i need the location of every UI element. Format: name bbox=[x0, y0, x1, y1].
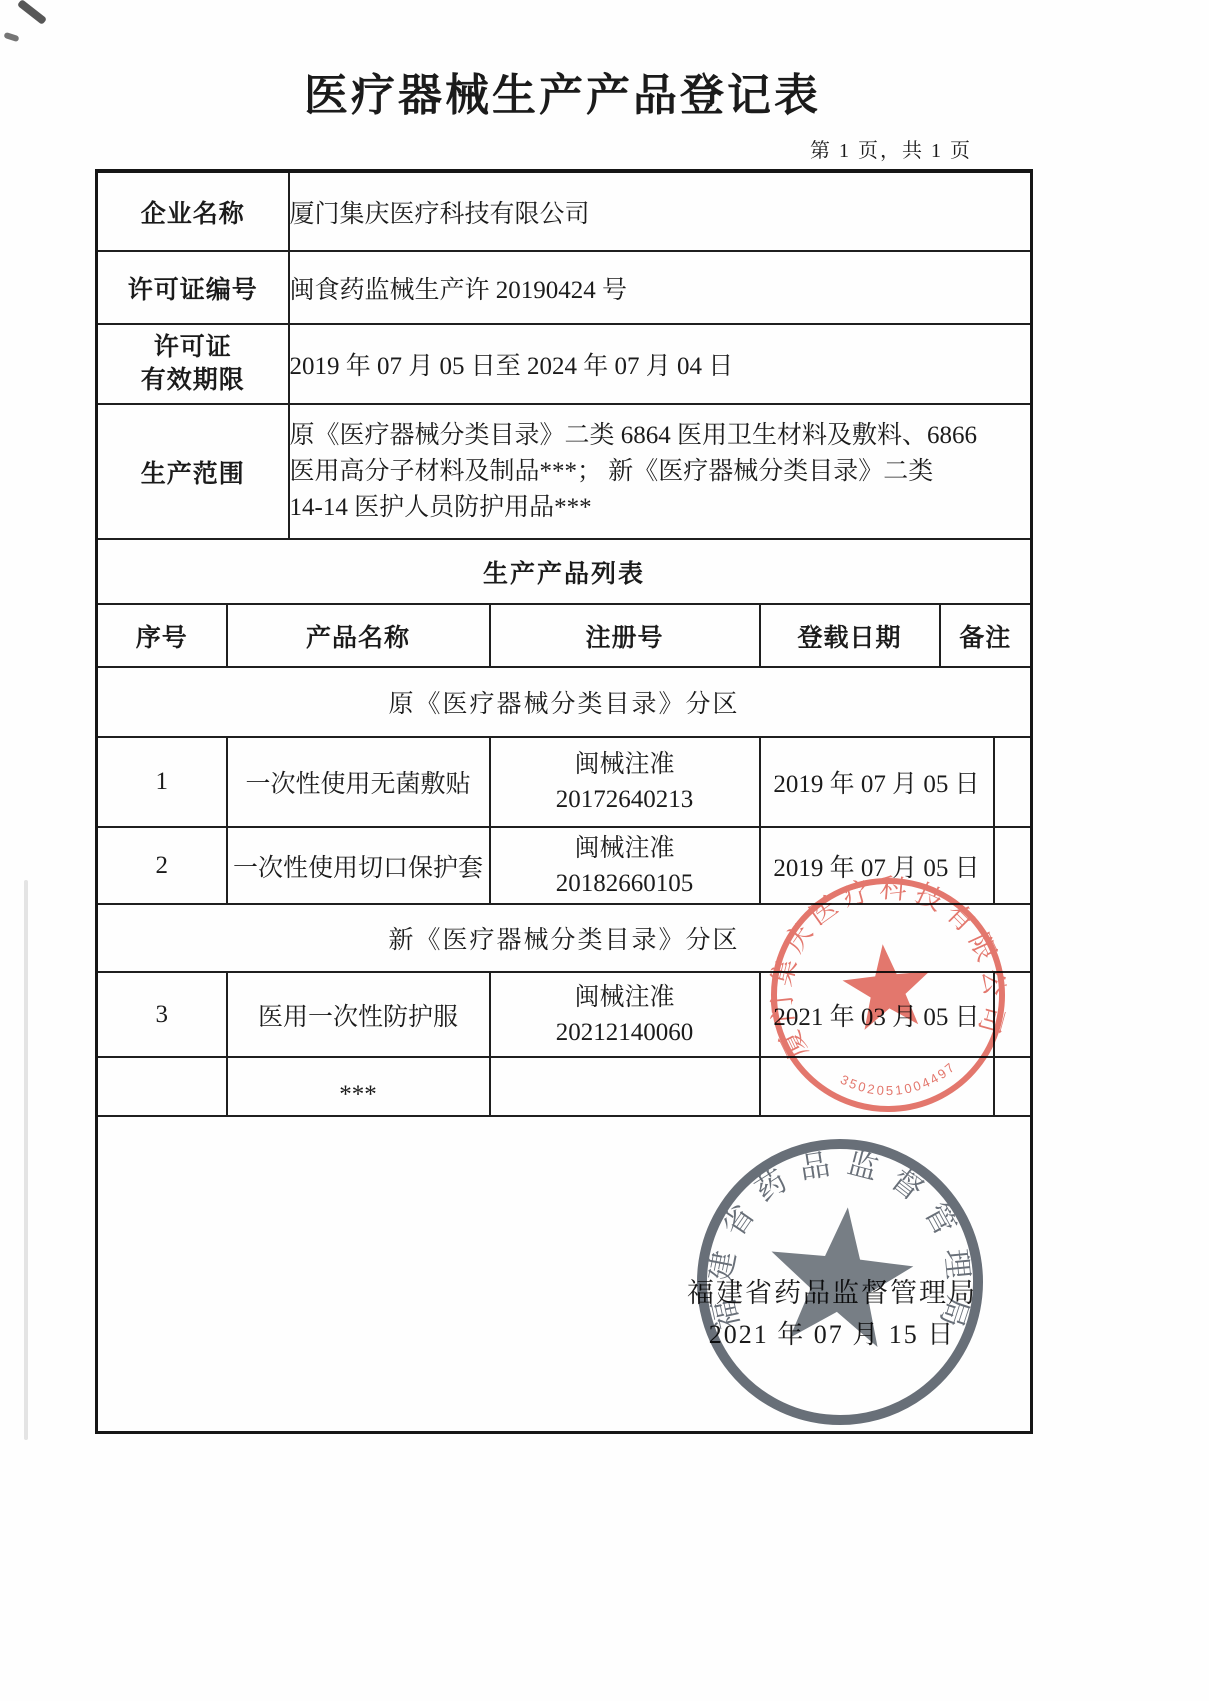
license-validity-value: 2019 年 07 月 05 日至 2024 年 07 月 04 日 bbox=[289, 324, 1032, 404]
scan-artifact bbox=[24, 880, 28, 1440]
production-scope-value: 原《医疗器械分类目录》二类 6864 医用卫生材料及敷料、6866 医用高分子材… bbox=[289, 404, 1032, 539]
company-seal-number: 35020510044971 bbox=[729, 836, 962, 1114]
header-remark: 备注 bbox=[940, 604, 1032, 667]
star-icon bbox=[839, 940, 935, 1032]
product-name: 医用一次性防护服 bbox=[227, 972, 490, 1057]
reg-number: 20212140060 bbox=[491, 1015, 759, 1050]
license-number-value: 闽食药监械生产许 20190424 号 bbox=[289, 251, 1032, 324]
page-number: 第 1 页，共 1 页 bbox=[95, 134, 1030, 163]
product-serial: 2 bbox=[97, 827, 227, 904]
table-header-row: 序号 产品名称 注册号 登载日期 备注 bbox=[97, 604, 1032, 667]
product-registration-no: 闽械注准 20172640213 bbox=[490, 737, 760, 827]
table-row: 生产范围 原《医疗器械分类目录》二类 6864 医用卫生材料及敷料、6866 医… bbox=[97, 404, 1032, 539]
table-row: 企业名称 厦门集庆医疗科技有限公司 bbox=[97, 171, 1032, 251]
product-remark bbox=[994, 737, 1032, 827]
table-row: 生产产品列表 bbox=[97, 539, 1032, 604]
product-serial: 1 bbox=[97, 737, 227, 827]
product-registration-no: 闽械注准 20212140060 bbox=[490, 972, 760, 1057]
reg-prefix: 闽械注准 bbox=[491, 980, 759, 1015]
header-registration-no: 注册号 bbox=[490, 604, 760, 667]
scope-line-2: 医用高分子材料及制品***； 新《医疗器械分类目录》二类 bbox=[290, 454, 1031, 490]
header-record-date: 登载日期 bbox=[760, 604, 940, 667]
license-number-label: 许可证编号 bbox=[97, 251, 289, 324]
document-page: 医疗器械生产产品登记表 第 1 页，共 1 页 企业名称 厦门集庆医疗科技有限公… bbox=[0, 0, 1209, 1701]
license-validity-label: 许可证 有效期限 bbox=[97, 324, 289, 404]
scope-line-3: 14-14 医护人员防护用品*** bbox=[290, 490, 1031, 526]
old-catalog-group-title: 原《医疗器械分类目录》分区 bbox=[97, 667, 1032, 737]
approval-date: 2021 年 07 月 15 日 bbox=[612, 1314, 1052, 1356]
reg-prefix: 闽械注准 bbox=[491, 747, 759, 782]
product-record-date: 2019 年 07 月 05 日 bbox=[760, 737, 994, 827]
scan-artifact bbox=[17, 0, 47, 25]
company-seal-stamp: 厦门集庆医疗科技有限公司 35020510044971 bbox=[729, 836, 1048, 1155]
product-serial: 3 bbox=[97, 972, 227, 1057]
product-row: 1 一次性使用无菌敷贴 闽械注准 20172640213 2019 年 07 月… bbox=[97, 737, 1032, 827]
license-validity-label-line2: 有效期限 bbox=[98, 364, 288, 398]
product-name: *** bbox=[227, 1057, 490, 1116]
company-name-label: 企业名称 bbox=[97, 171, 289, 251]
product-registration-no bbox=[490, 1057, 760, 1116]
reg-number: 20182660105 bbox=[491, 866, 759, 901]
svg-text:35020510044971: 35020510044971 bbox=[729, 836, 962, 1114]
reg-number: 20172640213 bbox=[491, 782, 759, 817]
company-name-value: 厦门集庆医疗科技有限公司 bbox=[289, 171, 1032, 251]
approval-signature-block: 福建省药品监督管理局 2021 年 07 月 15 日 bbox=[612, 1272, 1052, 1356]
product-name: 一次性使用切口保护套 bbox=[227, 827, 490, 904]
product-list-section-title: 生产产品列表 bbox=[97, 539, 1032, 604]
product-name: 一次性使用无菌敷贴 bbox=[227, 737, 490, 827]
header-product-name: 产品名称 bbox=[227, 604, 490, 667]
product-serial bbox=[97, 1057, 227, 1116]
reg-prefix: 闽械注准 bbox=[491, 831, 759, 866]
production-scope-label: 生产范围 bbox=[97, 404, 289, 539]
scan-artifact bbox=[3, 32, 19, 42]
scope-line-1: 原《医疗器械分类目录》二类 6864 医用卫生材料及敷料、6866 bbox=[290, 418, 1031, 454]
table-row: 许可证 有效期限 2019 年 07 月 05 日至 2024 年 07 月 0… bbox=[97, 324, 1032, 404]
page-title: 医疗器械生产产品登记表 bbox=[95, 0, 1030, 120]
header-serial: 序号 bbox=[97, 604, 227, 667]
table-row: 许可证编号 闽食药监械生产许 20190424 号 bbox=[97, 251, 1032, 324]
license-validity-label-line1: 许可证 bbox=[98, 331, 288, 365]
product-registration-no: 闽械注准 20182660105 bbox=[490, 827, 760, 904]
table-row: 原《医疗器械分类目录》分区 bbox=[97, 667, 1032, 737]
authority-name: 福建省药品监督管理局 bbox=[612, 1272, 1052, 1314]
